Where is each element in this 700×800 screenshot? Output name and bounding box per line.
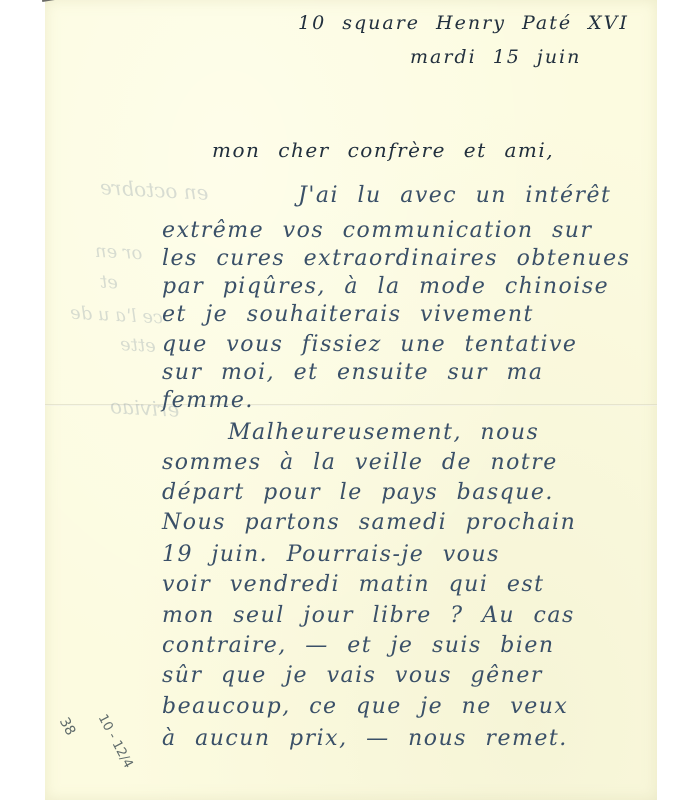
salutation: mon cher confrère et ami, [212,138,554,162]
body-line: que vous fissiez une tentative [162,332,577,357]
body-line: Nous partons samedi prochain [162,510,576,535]
body-line: J'ai lu avec un intérêt [298,183,611,208]
body-line: et je souhaiterais vivement [162,302,534,327]
body-line: femme. [162,388,254,413]
bleed-through-text: et [99,272,118,294]
body-line: départ pour le pays basque. [162,480,554,505]
bleed-through-text: ette [119,334,156,357]
body-line: sur moi, et ensuite sur ma [162,360,543,385]
body-line: les cures extraordinaires obtenues [162,246,630,271]
letter-date: mardi 15 juin [410,46,581,68]
body-line: à aucun prix, — nous remet. [162,726,568,751]
bleed-through-text: or en [94,241,142,264]
body-line: contraire, — et je suis bien [162,633,555,658]
body-line: beaucoup, ce que je ne veux [162,694,568,719]
body-line: mon seul jour libre ? Au cas [162,603,575,628]
body-line: Malheureusement, nous [228,420,539,445]
sender-address: 10 square Henry Paté XVI [298,12,629,34]
body-line: voir vendredi matin qui est [162,572,545,597]
letter-scan: en octobre or en et ce l'a u de ette eri… [0,0,700,800]
body-line: 19 juin. Pourrais-je vous [162,542,500,567]
body-line: sommes à la veille de notre [162,450,558,475]
body-line: extrême vos communication sur [162,218,593,243]
body-line: sûr que je vais vous gêner [162,663,543,688]
body-line: par piqûres, à la mode chinoise [162,274,609,299]
